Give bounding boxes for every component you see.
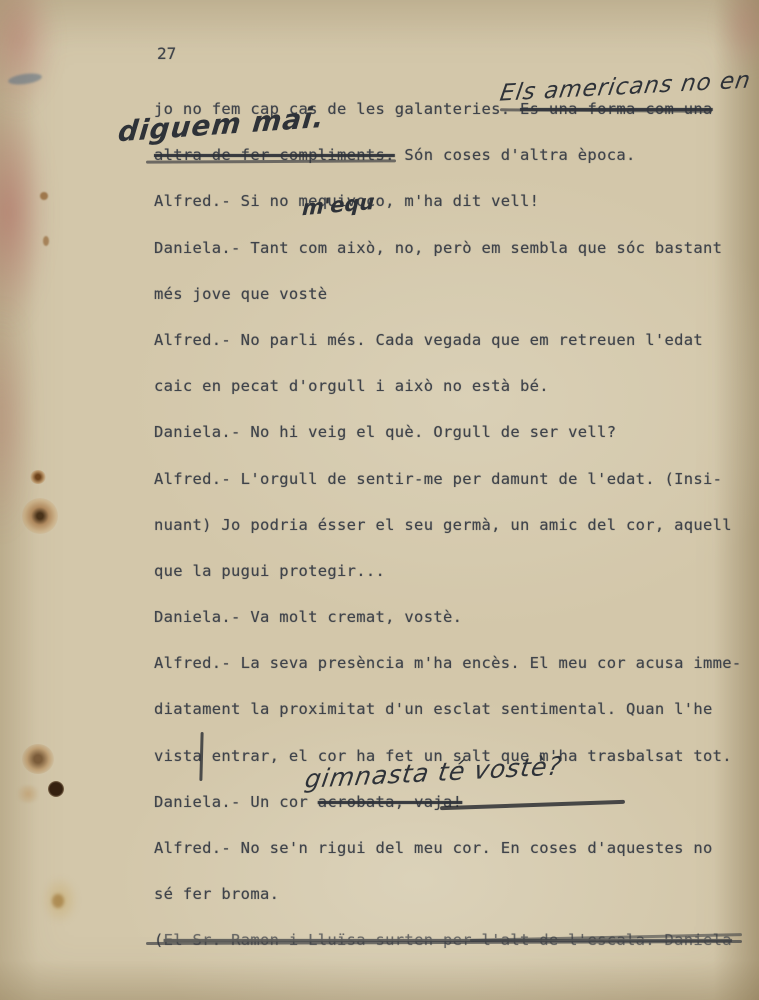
typed-text: nuant) Jo podria ésser el seu germà, un … bbox=[154, 516, 732, 534]
typed-text: Daniela.- No hi veig el què. Orgull de s… bbox=[154, 423, 616, 441]
typed-text: Alfred.- No se'n rigui del meu cor. En c… bbox=[154, 839, 713, 857]
typed-text: Daniela.- Tant com això, no, però em sem… bbox=[154, 239, 722, 257]
typed-text: Alfred.- No parli més. Cada vegada que e… bbox=[154, 331, 703, 349]
typed-text: sé fer broma. bbox=[154, 885, 279, 903]
typescript-line: més jove que vostè bbox=[154, 271, 754, 317]
manuscript-scan: { "colors": { "paper": "#d3c7aa", "ink":… bbox=[0, 0, 759, 1000]
typescript-line: Alfred.- Si no mequivoco, m'ha dit vell! bbox=[154, 178, 754, 224]
typescript-line: que la pugui protegir... bbox=[154, 548, 754, 594]
typed-text: Alfred.- L'orgull de sentir-me per damun… bbox=[154, 470, 722, 488]
typed-text: Alfred.- La seva presència m'ha encès. E… bbox=[154, 654, 742, 672]
typescript-line: Alfred.- No se'n rigui del meu cor. En c… bbox=[154, 825, 754, 871]
typed-text: ( bbox=[154, 931, 164, 949]
typescript-line: Daniela.- Va molt cremat, vostè. bbox=[154, 594, 754, 640]
typed-text: que la pugui protegir... bbox=[154, 562, 385, 580]
typescript-line: diatament la proximitat d'un esclat sent… bbox=[154, 686, 754, 732]
typed-text: Són coses d'altra època. bbox=[395, 146, 636, 164]
typescript-line: sé fer broma. bbox=[154, 871, 754, 917]
typescript-line: nuant) Jo podria ésser el seu germà, un … bbox=[154, 502, 754, 548]
page-number: 27 bbox=[157, 44, 176, 63]
typed-text: més jove que vostè bbox=[154, 285, 327, 303]
typed-text: diatament la proximitat d'un esclat sent… bbox=[154, 700, 713, 718]
typed-text: Daniela.- Un cor bbox=[154, 793, 318, 811]
typed-text: Daniela.- Va molt cremat, vostè. bbox=[154, 608, 462, 626]
typescript-line: Daniela.- No hi veig el què. Orgull de s… bbox=[154, 409, 754, 455]
typescript-line: Alfred.- No parli més. Cada vegada que e… bbox=[154, 317, 754, 363]
typescript-line: caic en pecat d'orgull i això no està bé… bbox=[154, 363, 754, 409]
typescript-line: Alfred.- La seva presència m'ha encès. E… bbox=[154, 640, 754, 686]
typescript-line: Alfred.- L'orgull de sentir-me per damun… bbox=[154, 456, 754, 502]
typescript-line: Daniela.- Tant com això, no, però em sem… bbox=[154, 225, 754, 271]
typescript-body: jo no fem cap cas de les galanteries. Es… bbox=[154, 86, 754, 964]
typed-text: caic en pecat d'orgull i això no està bé… bbox=[154, 377, 549, 395]
